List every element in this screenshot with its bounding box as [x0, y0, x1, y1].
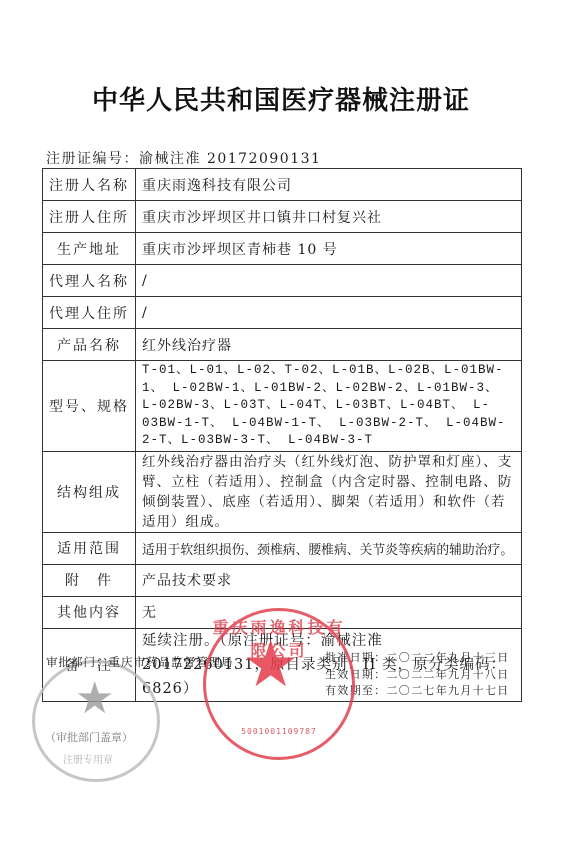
agent-address: / [136, 297, 522, 329]
production-address: 重庆市沙坪坝区青柿巷 10 号 [136, 233, 522, 265]
company-seal: 重庆雨逸科技有限公司 ★ 5001001109787 [203, 608, 355, 760]
field-label: 适用范围 [43, 532, 136, 564]
cert-number-label: 注册证编号： [46, 151, 139, 167]
scope-of-application: 适用于软组织损伤、颈椎病、腰椎病、关节炎等疾病的辅助治疗。 [136, 532, 522, 564]
field-label: 附 件 [43, 564, 136, 596]
approver-seal-text: 注册专用章 [63, 751, 113, 766]
field-label: 生产地址 [43, 233, 136, 265]
model-specs: T-01、L-01、L-02、T-02、L-01B、L-02B、L-01BW-1… [136, 361, 522, 452]
product-name: 红外线治疗器 [136, 329, 522, 361]
table-row: 产品名称 红外线治疗器 [43, 329, 522, 361]
structure-composition: 红外线治疗器由治疗头（红外线灯泡、防护罩和灯座）、支臂、立柱（若适用）、控制盒（… [136, 451, 522, 532]
document-title: 中华人民共和国医疗器械注册证 [0, 80, 562, 117]
table-row: 生产地址 重庆市沙坪坝区青柿巷 10 号 [43, 233, 522, 265]
field-label: 注册人住所 [43, 201, 136, 233]
field-label: 代理人住所 [43, 297, 136, 329]
field-label: 注册人名称 [43, 169, 136, 201]
agent-name: / [136, 265, 522, 297]
table-row: 代理人名称 / [43, 265, 522, 297]
table-row: 注册人名称 重庆雨逸科技有限公司 [43, 169, 522, 201]
registrant-name: 重庆雨逸科技有限公司 [136, 169, 522, 201]
field-label: 代理人名称 [43, 265, 136, 297]
table-row: 附 件 产品技术要求 [43, 564, 522, 596]
star-icon: ★ [242, 633, 299, 697]
cert-number-value: 渝械注准 20172090131 [139, 151, 321, 167]
registrant-address: 重庆市沙坪坝区井口镇井口村复兴社 [136, 201, 522, 233]
table-row: 代理人住所 / [43, 297, 522, 329]
table-row: 注册人住所 重庆市沙坪坝区井口镇井口村复兴社 [43, 201, 522, 233]
company-seal-code: 5001001109787 [206, 727, 352, 736]
field-label: 产品名称 [43, 329, 136, 361]
attachments: 产品技术要求 [136, 564, 522, 596]
approver-seal-label: （审批部门盖章） [45, 729, 133, 745]
table-row: 适用范围 适用于软组织损伤、颈椎病、腰椎病、关节炎等疾病的辅助治疗。 [43, 532, 522, 564]
cert-number: 注册证编号：渝械注准 20172090131 [46, 148, 321, 168]
field-label: 其他内容 [43, 596, 136, 628]
table-row: 结构组成 红外线治疗器由治疗头（红外线灯泡、防护罩和灯座）、支臂、立柱（若适用）… [43, 451, 522, 532]
star-icon: ★ [75, 673, 114, 724]
field-label: 结构组成 [43, 451, 136, 532]
field-label: 型号、规格 [43, 361, 136, 452]
approval-date: 批准日期：二〇二二年九月十三日 [325, 650, 510, 667]
approver-seal: ★ （审批部门盖章） 注册专用章 [32, 660, 160, 782]
table-row: 型号、规格 T-01、L-01、L-02、T-02、L-01B、L-02B、L-… [43, 361, 522, 452]
